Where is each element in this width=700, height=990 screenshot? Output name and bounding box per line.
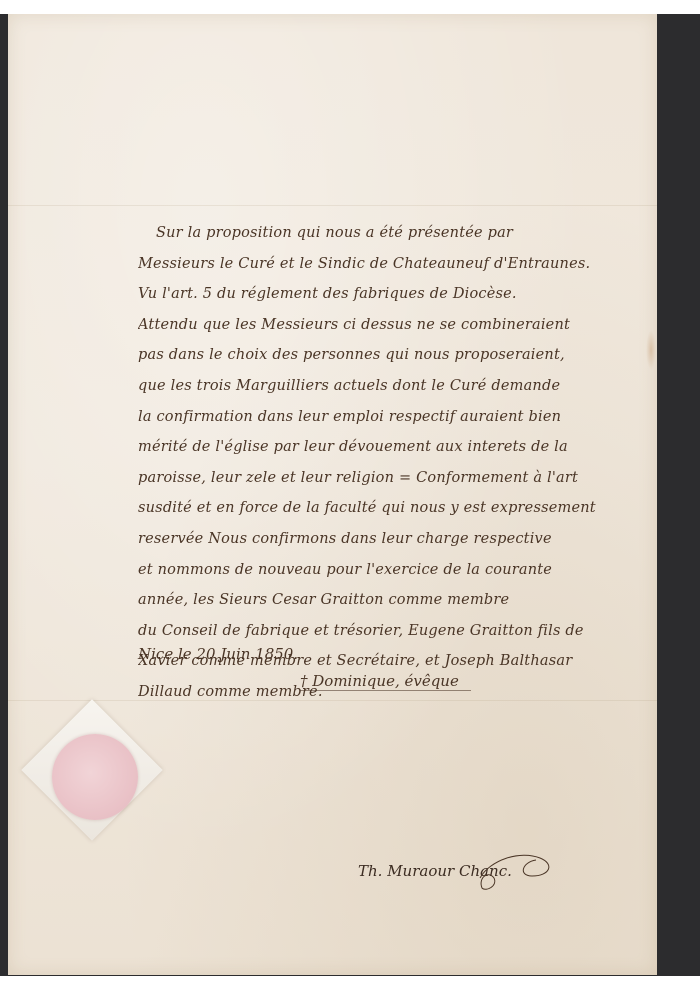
text-line: que les trois Marguilliers actuels dont … — [138, 371, 658, 402]
seal-icon — [52, 734, 138, 820]
text-line: du Conseil de fabrique et trésorier, Eug… — [138, 616, 658, 647]
bishop-signature: † Dominique, évêque — [300, 672, 471, 691]
text-line: Sur la proposition qui nous a été présen… — [138, 218, 658, 249]
wafer-seal — [10, 690, 170, 850]
text-line: année, les Sieurs Cesar Graitton comme m… — [138, 585, 658, 616]
date-line: Nice le 20 Juin 1850. — [138, 645, 298, 663]
text-line: Attendu que les Messieurs ci dessus ne s… — [138, 310, 658, 341]
letter-body: Sur la proposition qui nous a été présen… — [138, 218, 658, 708]
text-line: Messieurs le Curé et le Sindic de Chatea… — [138, 249, 658, 280]
signature-flourish-icon — [470, 850, 560, 890]
text-line: susdité et en force de la faculté qui no… — [138, 493, 658, 524]
paper-fold-line — [8, 205, 657, 206]
text-line: et nommons de nouveau pour l'exercice de… — [138, 555, 658, 586]
text-line: pas dans le choix des personnes qui nous… — [138, 340, 658, 371]
text-line: Vu l'art. 5 du réglement des fabriques d… — [138, 279, 658, 310]
text-line: paroisse, leur zele et leur religion = C… — [138, 463, 658, 494]
text-line: la confirmation dans leur emploi respect… — [138, 402, 658, 433]
text-line: mérité de l'église par leur dévouement a… — [138, 432, 658, 463]
text-line: reservée Nous confirmons dans leur charg… — [138, 524, 658, 555]
